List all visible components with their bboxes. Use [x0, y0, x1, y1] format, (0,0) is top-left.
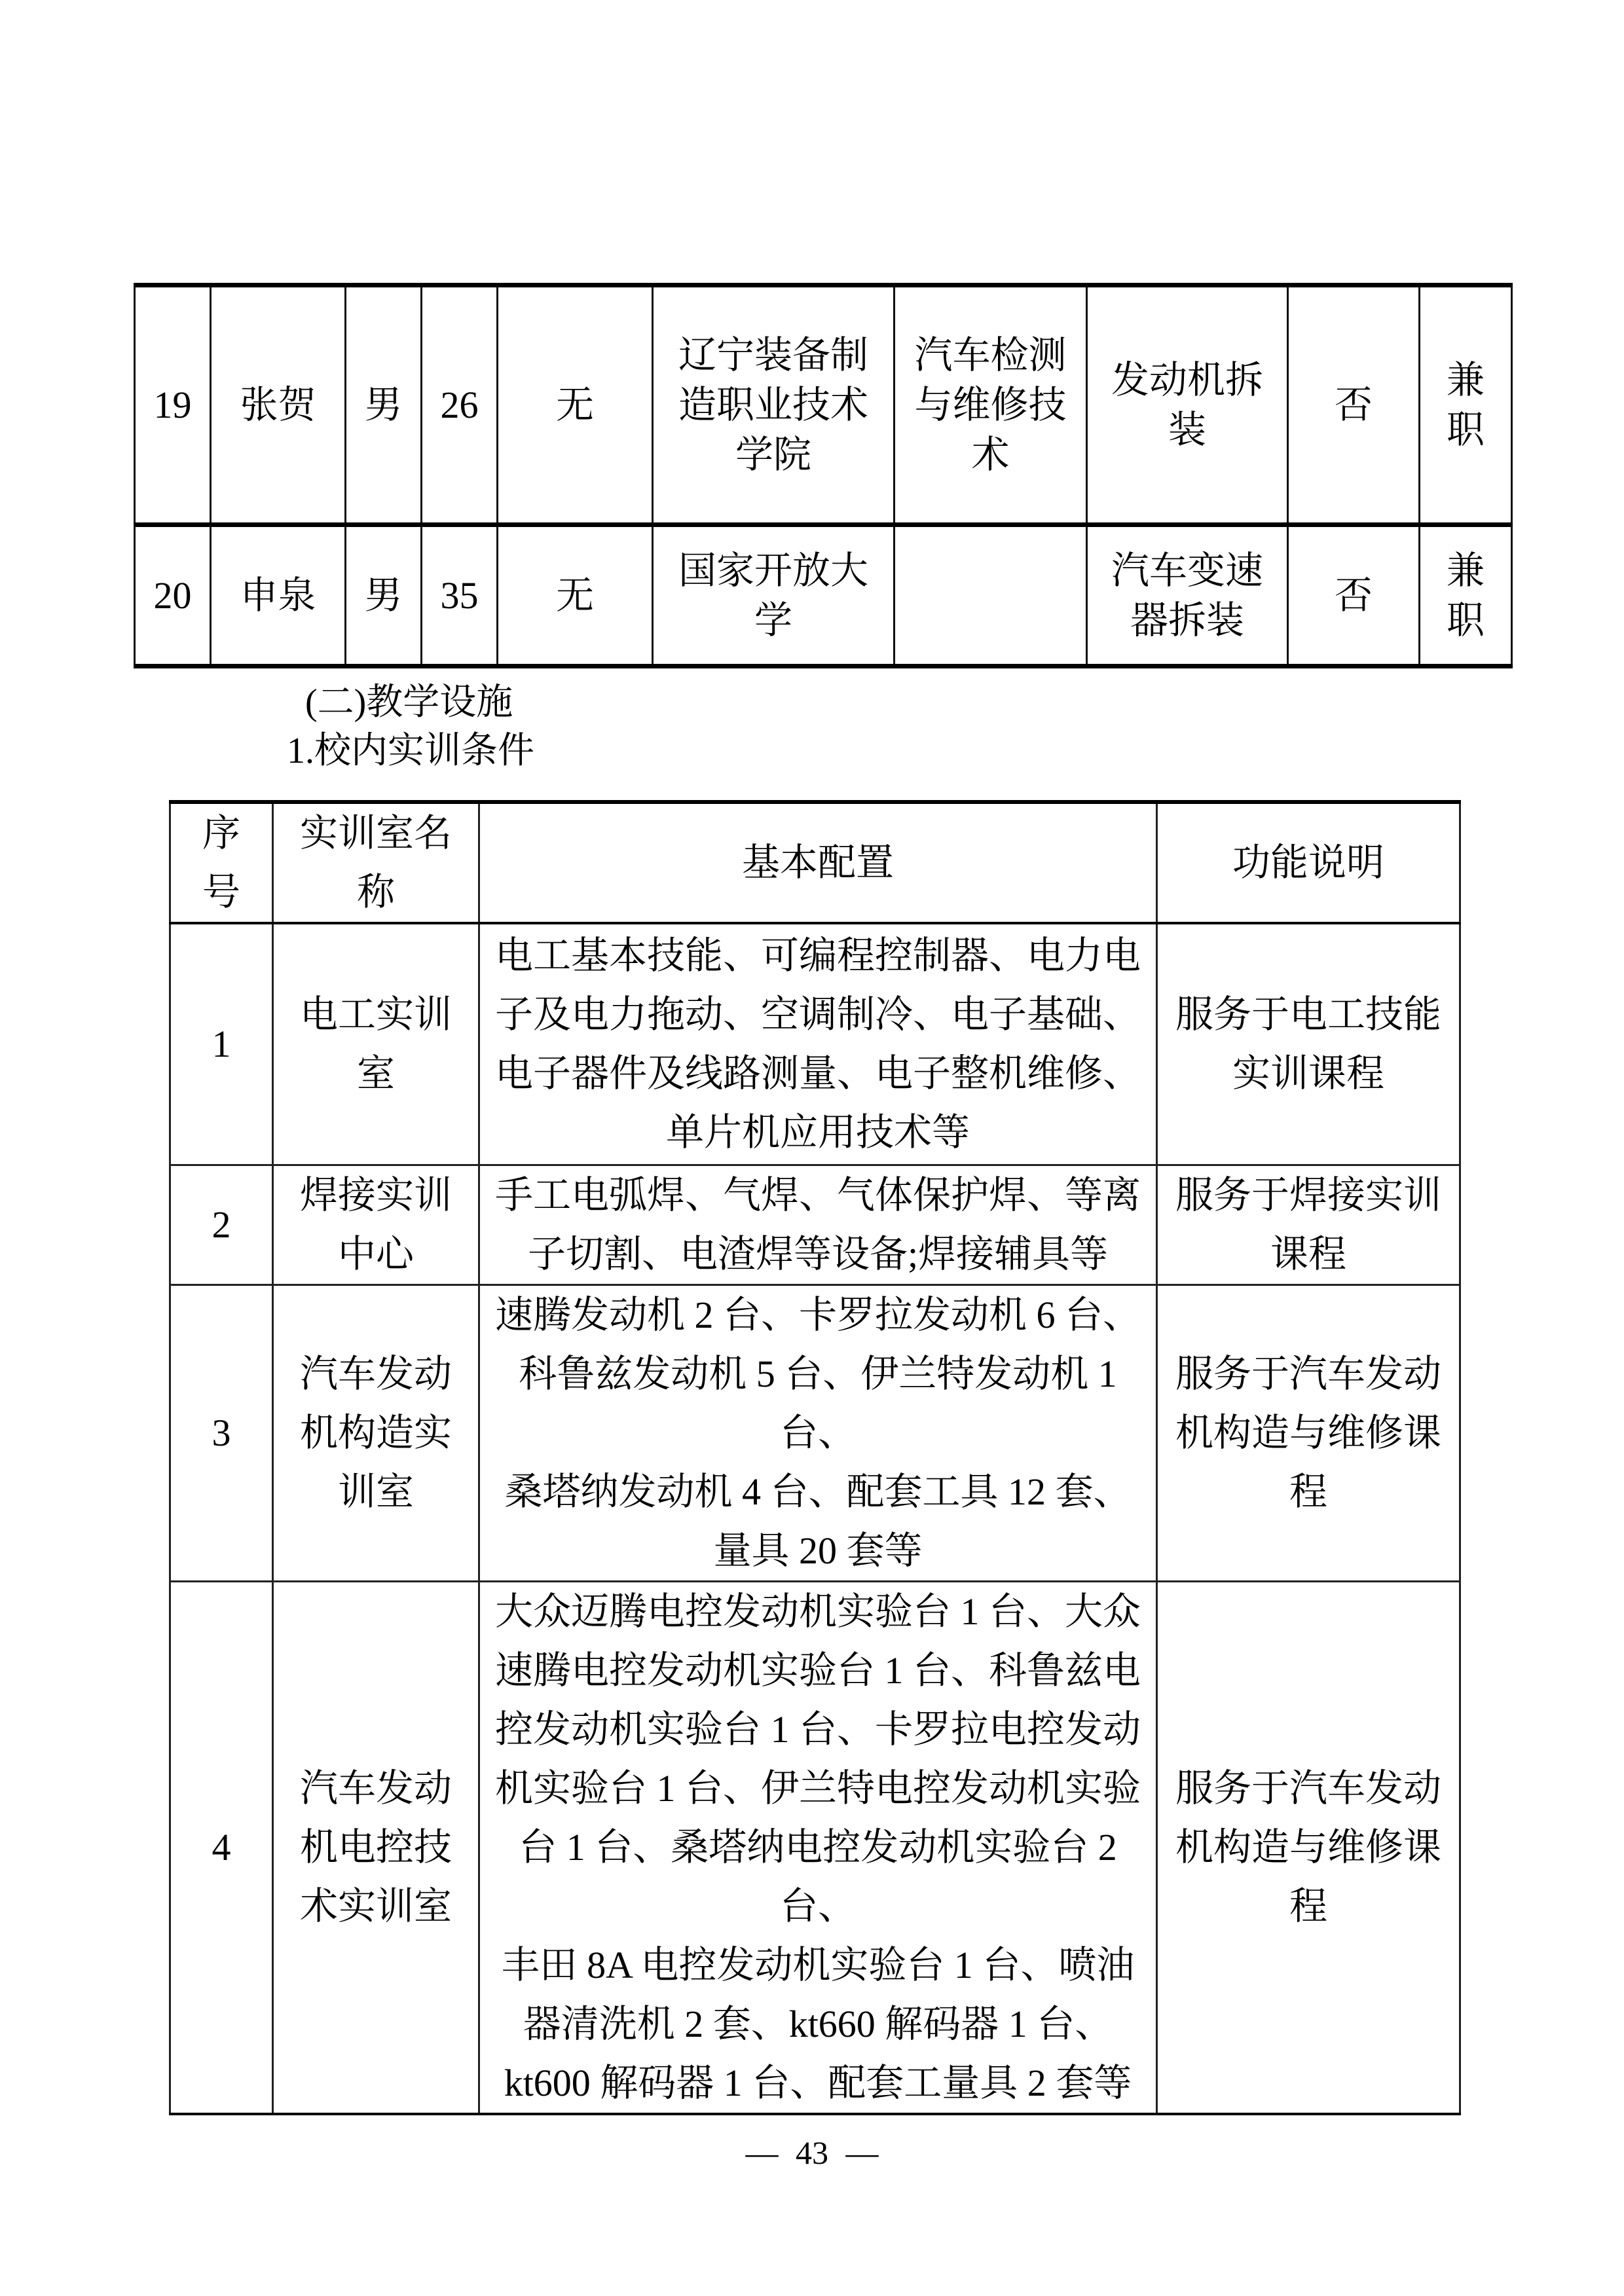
cell-employment: 兼 职 [1420, 525, 1512, 666]
cell-serial: 3 [170, 1285, 273, 1581]
header-name: 实训室名 称 [273, 802, 479, 923]
cell-name: 申泉 [211, 525, 346, 666]
cell-config: 速腾发动机 2 台、卡罗拉发动机 6 台、 科鲁兹发动机 5 台、伊兰特发动机 … [479, 1285, 1157, 1581]
document-page: { "section": { "heading1": "(二)教学设施", "h… [0, 0, 1624, 2296]
cell-school: 国家开放大 学 [653, 525, 895, 666]
table-header-row: 序 号 实训室名 称 基本配置 功能说明 [170, 802, 1460, 923]
table-row: 20 申泉 男 35 无 国家开放大 学 汽车变速 器拆装 否 兼 职 [135, 525, 1512, 666]
cell-title: 无 [498, 525, 653, 666]
cell-course: 发动机拆 装 [1087, 285, 1288, 525]
cell-name: 汽车发动 机电控技 术实训室 [273, 1581, 479, 2114]
cell-name: 张贺 [211, 285, 346, 525]
subsection-heading: 1.校内实训条件 [287, 731, 534, 771]
cell-function: 服务于汽车发动 机构造与维修课 程 [1157, 1285, 1460, 1581]
table-row: 2 焊接实训 中心 手工电弧焊、气焊、气体保护焊、等离 子切割、电渣焊等设备;焊… [170, 1165, 1460, 1285]
cell-serial: 19 [135, 285, 211, 525]
cell-double-position: 否 [1288, 525, 1420, 666]
cell-double-position: 否 [1288, 285, 1420, 525]
cell-config: 电工基本技能、可编程控制器、电力电 子及电力拖动、空调制冷、电子基础、 电子器件… [479, 923, 1157, 1165]
cell-name: 汽车发动 机构造实 训室 [273, 1285, 479, 1581]
cell-function: 服务于电工技能 实训课程 [1157, 923, 1460, 1165]
table-row: 1 电工实训 室 电工基本技能、可编程控制器、电力电 子及电力拖动、空调制冷、电… [170, 923, 1460, 1165]
cell-gender: 男 [346, 285, 422, 525]
cell-function: 服务于汽车发动 机构造与维修课 程 [1157, 1581, 1460, 2114]
table-row: 4 汽车发动 机电控技 术实训室 大众迈腾电控发动机实验台 1 台、大众 速腾电… [170, 1581, 1460, 2114]
cell-config: 大众迈腾电控发动机实验台 1 台、大众 速腾电控发动机实验台 1 台、科鲁兹电 … [479, 1581, 1157, 2114]
header-serial: 序 号 [170, 802, 273, 923]
cell-employment: 兼 职 [1420, 285, 1512, 525]
cell-serial: 20 [135, 525, 211, 666]
cell-gender: 男 [346, 525, 422, 666]
page-number: — 43 — [0, 2133, 1624, 2172]
cell-serial: 4 [170, 1581, 273, 2114]
cell-serial: 2 [170, 1165, 273, 1285]
staff-table: 19 张贺 男 26 无 辽宁装备制 造职业技术 学院 汽车检测 与维修技 术 … [134, 283, 1513, 668]
cell-major: 汽车检测 与维修技 术 [895, 285, 1087, 525]
cell-function: 服务于焊接实训 课程 [1157, 1165, 1460, 1285]
facility-table: 序 号 实训室名 称 基本配置 功能说明 1 电工实训 室 电工基本技能、可编程… [169, 800, 1461, 2115]
table-row: 3 汽车发动 机构造实 训室 速腾发动机 2 台、卡罗拉发动机 6 台、 科鲁兹… [170, 1285, 1460, 1581]
cell-age: 35 [422, 525, 498, 666]
cell-major [895, 525, 1087, 666]
table-row: 19 张贺 男 26 无 辽宁装备制 造职业技术 学院 汽车检测 与维修技 术 … [135, 285, 1512, 525]
section-heading: (二)教学设施 [305, 682, 513, 723]
cell-course: 汽车变速 器拆装 [1087, 525, 1288, 666]
cell-school: 辽宁装备制 造职业技术 学院 [653, 285, 895, 525]
cell-serial: 1 [170, 923, 273, 1165]
header-config: 基本配置 [479, 802, 1157, 923]
cell-age: 26 [422, 285, 498, 525]
header-function: 功能说明 [1157, 802, 1460, 923]
cell-name: 焊接实训 中心 [273, 1165, 479, 1285]
cell-name: 电工实训 室 [273, 923, 479, 1165]
cell-config: 手工电弧焊、气焊、气体保护焊、等离 子切割、电渣焊等设备;焊接辅具等 [479, 1165, 1157, 1285]
cell-title: 无 [498, 285, 653, 525]
